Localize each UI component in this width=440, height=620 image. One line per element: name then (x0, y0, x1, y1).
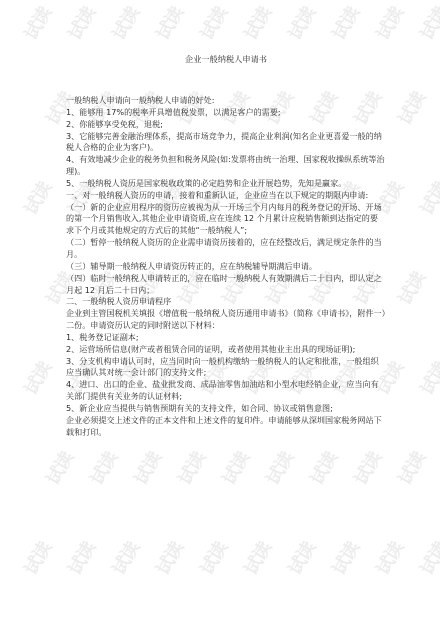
watermark-text: 试读 (171, 447, 211, 489)
watermark-text: 试读 (215, 447, 255, 489)
watermark-text: 试读 (149, 537, 189, 579)
watermark-text: 试读 (325, 537, 365, 579)
watermark-text: 试读 (17, 177, 57, 219)
paragraph-rule-3: （三）辅导期一般纳税人申请资历转正的，应在纳税辅导期满后申请。 (66, 261, 386, 273)
watermark-text: 试读 (17, 357, 57, 399)
watermark-text: 试读 (61, 537, 101, 579)
document-title: 企业一般纳税人申请书 (66, 54, 386, 65)
document-body: 一般纳税人申请向一般纳税人申请的好处: 1、能够用 17%的税率开具增值税发票，… (66, 95, 386, 438)
watermark-text: 试读 (281, 2, 321, 44)
paragraph-benefit-5: 5、一般纳税人资历是国家税收政策的必定趋势和企业开展趋势，先知是赢家。 (66, 178, 386, 190)
watermark-text: 试读 (369, 2, 409, 44)
paragraph-intro: 一般纳税人申请向一般纳税人申请的好处: (66, 95, 386, 107)
paragraph-material-1: 1、税务登记证副本; (66, 332, 386, 344)
watermark-text: 试读 (413, 537, 440, 579)
watermark-text: 试读 (149, 2, 189, 44)
watermark-text: 试读 (259, 447, 299, 489)
paragraph-benefit-2: 2、你能够享受免税，退税; (66, 119, 386, 131)
document-page: 试读试读试读试读试读试读试读试读试读试读试读试读试读试读试读试读试读试读试读试读… (0, 0, 440, 620)
watermark-text: 试读 (435, 447, 440, 489)
watermark-text: 试读 (127, 447, 167, 489)
watermark-text: 试读 (391, 447, 431, 489)
paragraph-procedure: 企业到主管国税机关填报《增值税一般纳税人资历通用申请书》（简称《申请书》，附件一… (66, 308, 386, 332)
watermark-text: 试读 (17, 537, 57, 579)
watermark-text: 试读 (435, 87, 440, 129)
watermark-text: 试读 (391, 267, 431, 309)
section-heading-2: 二、一般纳税人资历申请程序 (66, 296, 386, 308)
paragraph-benefit-1: 1、能够用 17%的税率开具增值税发票，以满足客户的需要; (66, 107, 386, 119)
watermark-text: 试读 (17, 2, 57, 44)
watermark-text: 试读 (369, 537, 409, 579)
watermark-text: 试读 (281, 537, 321, 579)
paragraph-material-3: 3、分支机构申请认可时，应当同时向一般机构缴纳一般纳税人的认定和批准，一般组织应… (66, 356, 386, 380)
watermark-text: 试读 (193, 537, 233, 579)
paragraph-material-5: 5、新企业应当提供与销售预期有关的支持文件，如合同、协议或销售意图; (66, 403, 386, 415)
paragraph-material-2: 2、运营场所信息(财产或者租赁合同的证明，或者使用其他业主出具的现场证明); (66, 344, 386, 356)
paragraph-material-4: 4、进口、出口的企业、盐业批发商、成品油零售加油站和小型水电经销企业，应当向有关… (66, 379, 386, 403)
paragraph-rule-4: （四）临时一般纳税人申请转正的，应在临时一般纳税人有效期满后二十日内，即认定之月… (66, 273, 386, 297)
watermark-text: 试读 (325, 2, 365, 44)
watermark-text: 试读 (413, 177, 440, 219)
watermark-text: 试读 (347, 447, 387, 489)
watermark-text: 试读 (105, 537, 145, 579)
watermark-text: 试读 (413, 2, 440, 44)
watermark-text: 试读 (303, 447, 343, 489)
watermark-text: 试读 (237, 2, 277, 44)
paragraph-closing: 企业必须提交上述文件的正本文件和上述文件的复印件。申请能够从深圳国家税务网站下载… (66, 415, 386, 439)
watermark-text: 试读 (83, 447, 123, 489)
watermark-text: 试读 (105, 2, 145, 44)
paragraph-rule-1: （一）新的企业应用程序的资历应被视为从一开场三个月内每月的税务登记的开场、开场的… (66, 202, 386, 238)
section-heading-1: 一、对一般纳税人资历的申请，接着和重新认证，企业应当在以下规定的期限内申请: (66, 190, 386, 202)
watermark-text: 试读 (39, 447, 79, 489)
watermark-text: 试读 (391, 87, 431, 129)
paragraph-benefit-3: 3、它能够完善金融治理体系，提高市场竞争力，提高企业利润(知名企业更喜爱一般的纳… (66, 131, 386, 155)
watermark-text: 试读 (61, 2, 101, 44)
watermark-text: 试读 (413, 357, 440, 399)
watermark-text: 试读 (193, 2, 233, 44)
watermark-text: 试读 (237, 537, 277, 579)
watermark-text: 试读 (435, 267, 440, 309)
paragraph-rule-2: （二）暂停一般纳税人资历的企业需申请资历接着的，应在经整改后，满足规定条件的当月… (66, 237, 386, 261)
paragraph-benefit-4: 4、有效地减少企业的税务负担和税务风险(如:发票将由统一治理、国家税收操纵系统等… (66, 154, 386, 178)
